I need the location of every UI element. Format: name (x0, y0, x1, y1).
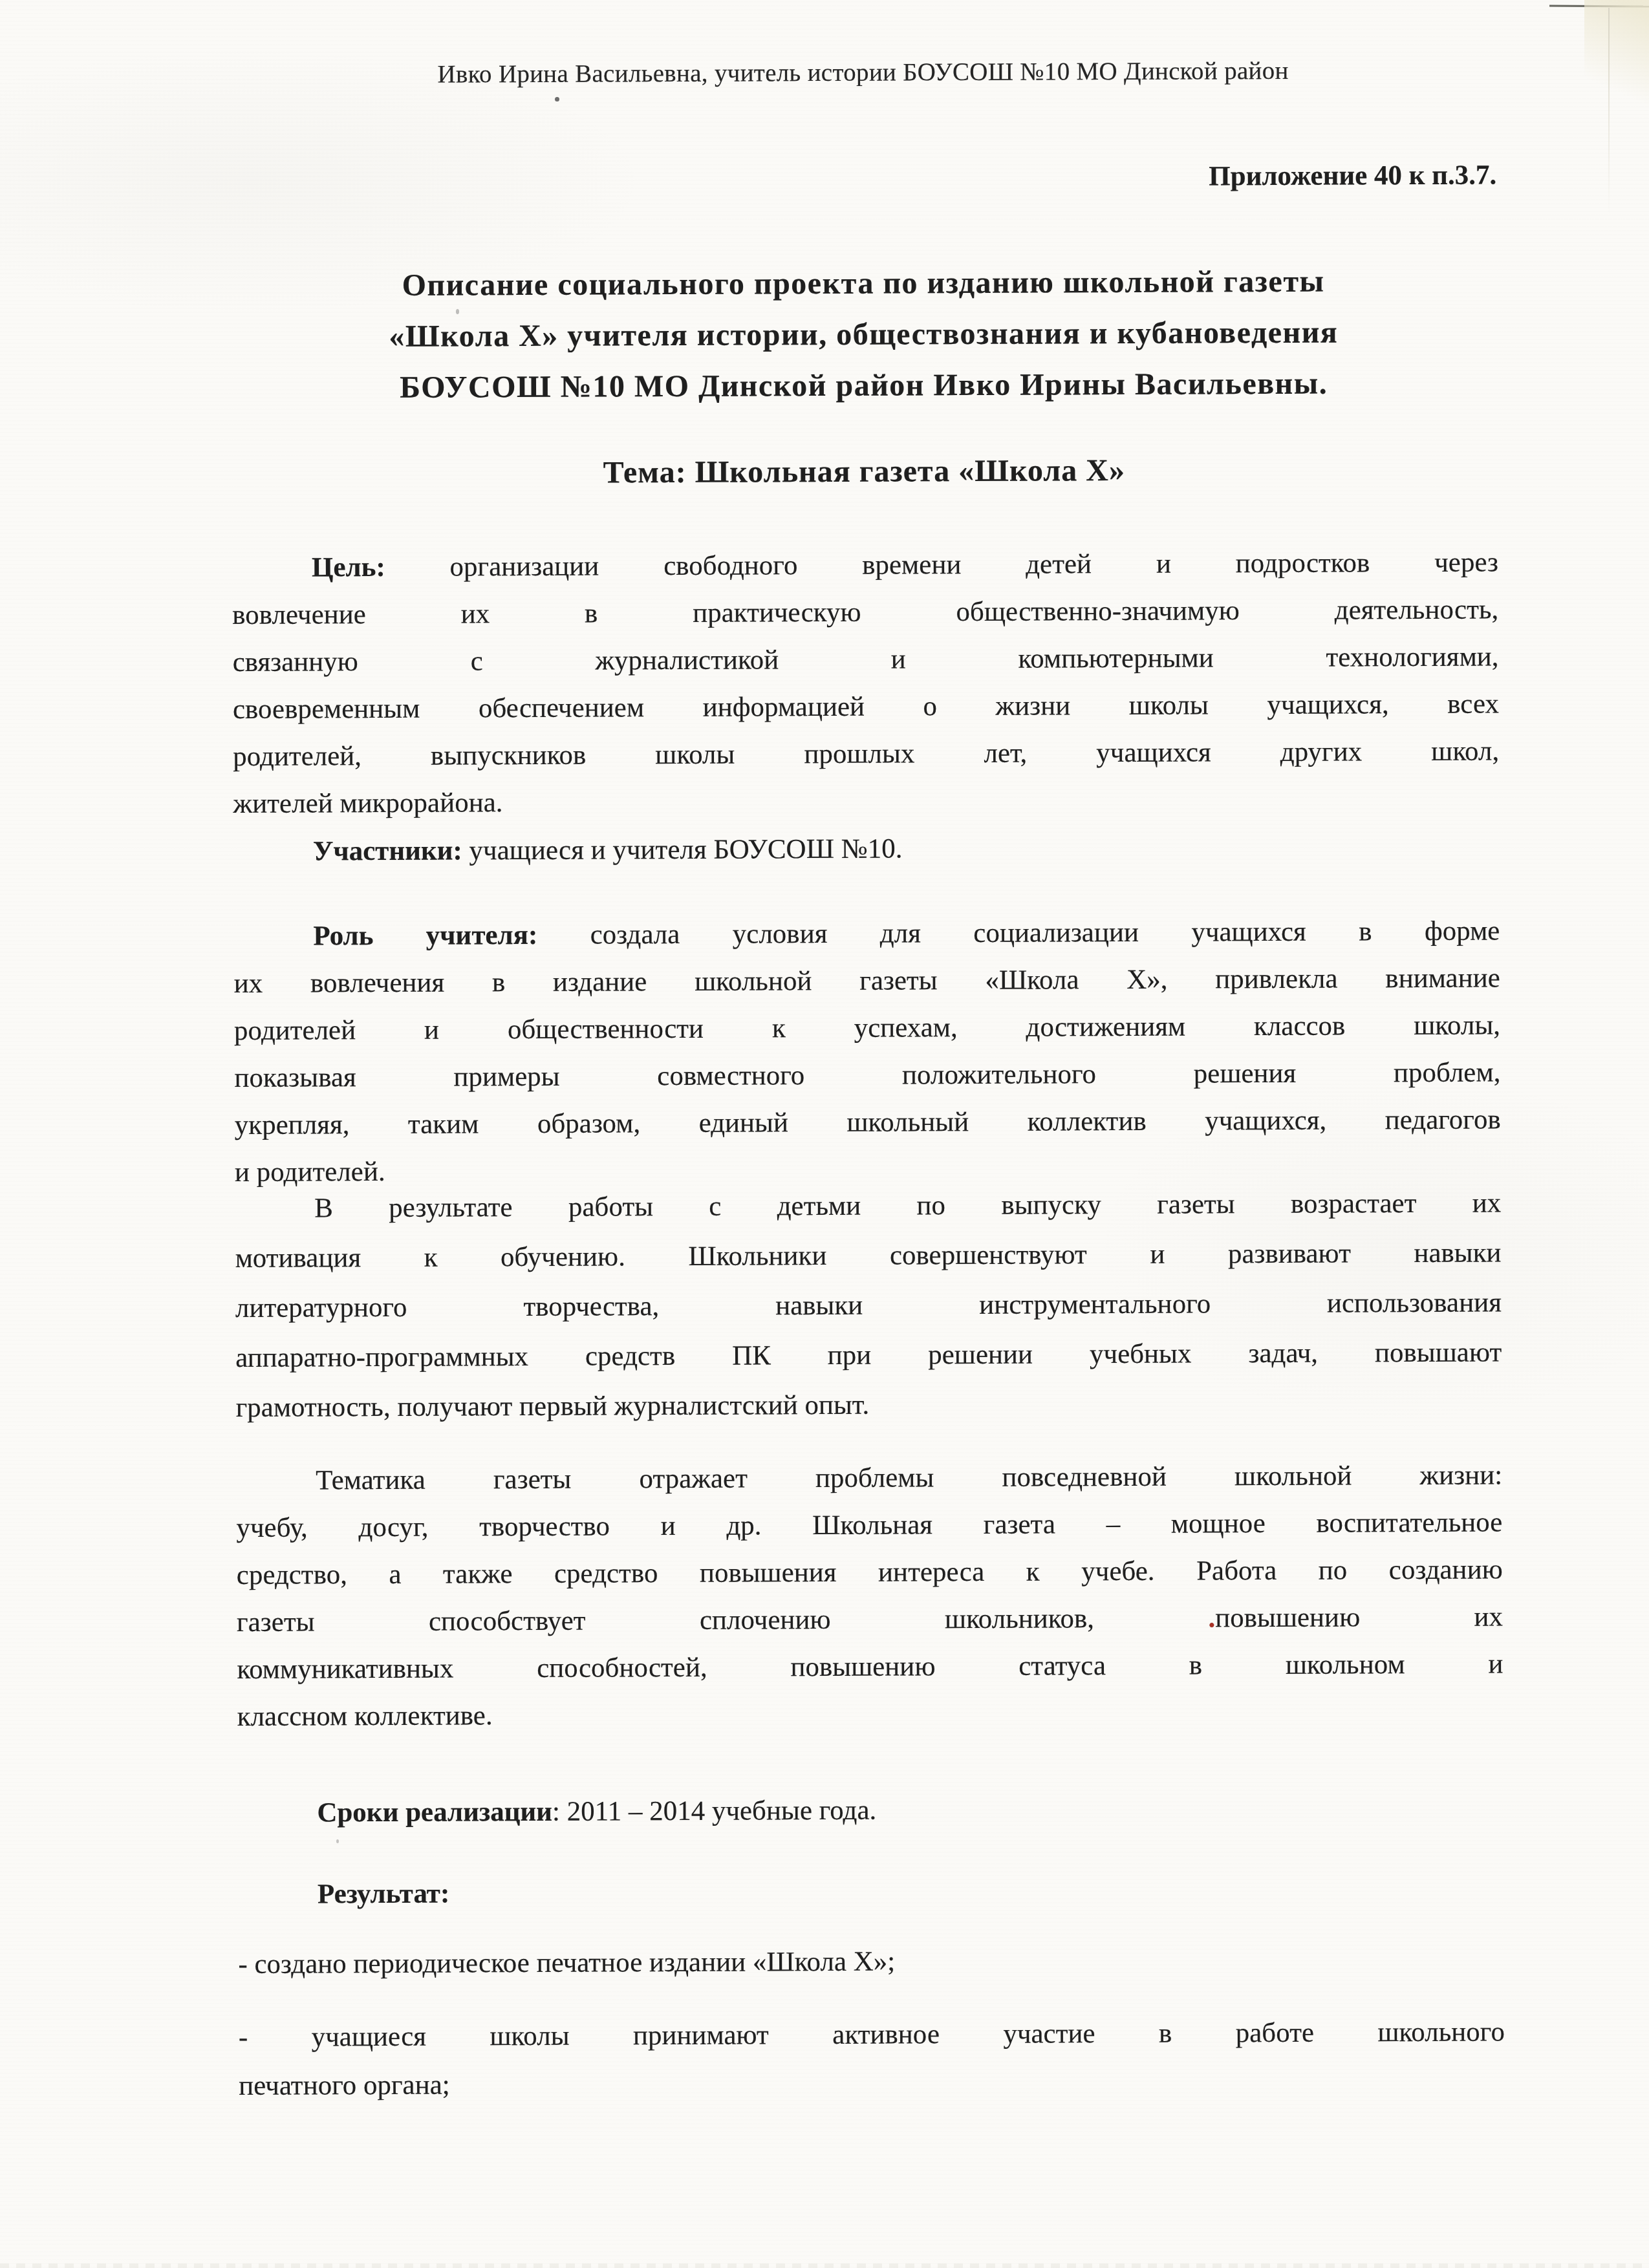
document-content: Ивко Ирина Васильевна, учитель истории Б… (0, 0, 1649, 2268)
text-line: коммуникативных способностей, повышению … (237, 1640, 1503, 1693)
annex-reference: Приложение 40 к п.3.7. (230, 159, 1496, 197)
text-line: родителей, выпускников школы прошлых лет… (233, 727, 1499, 780)
text-run: создала условия для социализации учащихс… (537, 915, 1500, 950)
theme-heading: Тема: Школьная газета «Школа Х» (204, 451, 1524, 492)
text-line: печатного органа; (239, 2056, 1505, 2110)
timeline-label: Сроки реализации (317, 1797, 552, 1828)
text-line: литературного творчества, навыки инструм… (235, 1278, 1502, 1333)
text-run: : 2011 – 2014 учебные года. (552, 1795, 876, 1827)
result-heading: Результат: (238, 1865, 1504, 1918)
text-line: В результате работы с детьми по выпуску … (235, 1178, 1501, 1234)
result-bullet-2: - учащиеся школы принимают активное учас… (239, 2007, 1505, 2110)
text-line: газеты способствует сплочению школьников… (237, 1593, 1503, 1646)
text-line: мотивация к обучению. Школьники совершен… (235, 1228, 1501, 1283)
text-line: показывая примеры совместного положитель… (234, 1049, 1500, 1102)
text-line: - учащиеся школы принимают активное учас… (239, 2007, 1505, 2062)
title-line: БОУСОШ №10 МО Динской район Ивко Ирины В… (204, 357, 1524, 414)
participants-label: Участники: (313, 835, 462, 866)
text-run: организации свободного времени детей и п… (385, 547, 1498, 583)
document-title: Описание социального проекта по изданию … (204, 255, 1524, 414)
text-line: родителей и общественности к успехам, до… (234, 1001, 1500, 1054)
text-run: учащиеся и учителя БОУСОШ №10. (462, 833, 903, 866)
ink-dot-artifact: . (1208, 1603, 1215, 1633)
participants-line: Участники: учащиеся и учителя БОУСОШ №10… (233, 822, 1500, 875)
text-line: Тематика газеты отражает проблемы повсед… (236, 1451, 1502, 1504)
themes-paragraph: Тематика газеты отражает проблемы повсед… (236, 1451, 1503, 1740)
text-line: грамотность, получают первый журналистск… (235, 1377, 1502, 1433)
text-line: - создано периодическое печатное издании… (238, 1935, 1504, 1988)
text-run: газеты способствует сплочению школьников… (237, 1603, 1209, 1638)
document-author-header: Ивко Ирина Васильевна, учитель истории Б… (230, 55, 1496, 90)
text-line: классном коллективе. (237, 1687, 1503, 1740)
text-line: укрепляя, таким образом, единый школьный… (235, 1096, 1501, 1149)
title-line: Описание социального проекта по изданию … (204, 255, 1523, 312)
text-line: Участники: учащиеся и учителя БОУСОШ №10… (233, 822, 1500, 875)
text-line: Результат: (238, 1865, 1504, 1918)
text-line: связанную с журналистикой и компьютерным… (232, 633, 1498, 686)
text-line: учебу, досуг, творчество и др. Школьная … (236, 1499, 1502, 1552)
result-bullet-1: - создано периодическое печатное издании… (238, 1935, 1504, 1988)
goal-label: Цель: (312, 552, 385, 583)
teacher-role-label: Роль учителя: (313, 920, 537, 952)
text-line: их вовлечения в издание школьной газеты … (234, 954, 1500, 1007)
timeline-line: Сроки реализации: 2011 – 2014 учебные го… (237, 1784, 1503, 1837)
goal-paragraph: Цель: организации свободного времени дет… (232, 539, 1500, 828)
text-line: средство, а также средство повышения инт… (237, 1546, 1503, 1599)
text-line: своевременным обеспечением информацией о… (233, 680, 1499, 733)
text-line: Сроки реализации: 2011 – 2014 учебные го… (237, 1784, 1503, 1837)
title-line: «Школа Х» учителя истории, обществознани… (204, 306, 1523, 363)
text-line: аппаратно-программных средств ПК при реш… (235, 1327, 1502, 1383)
text-line: Роль учителя: создала условия для социал… (233, 907, 1500, 960)
scanned-document-page: Ивко Ирина Васильевна, учитель истории Б… (0, 0, 1649, 2268)
text-line: жителей микрорайона. (233, 775, 1499, 828)
teacher-role-paragraph: Роль учителя: создала условия для социал… (233, 907, 1501, 1196)
text-run: повышению их (1215, 1601, 1503, 1633)
text-line: Цель: организации свободного времени дет… (232, 539, 1498, 592)
text-line: вовлечение их в практическую общественно… (232, 586, 1498, 639)
work-result-paragraph: В результате работы с детьми по выпуску … (235, 1178, 1502, 1433)
